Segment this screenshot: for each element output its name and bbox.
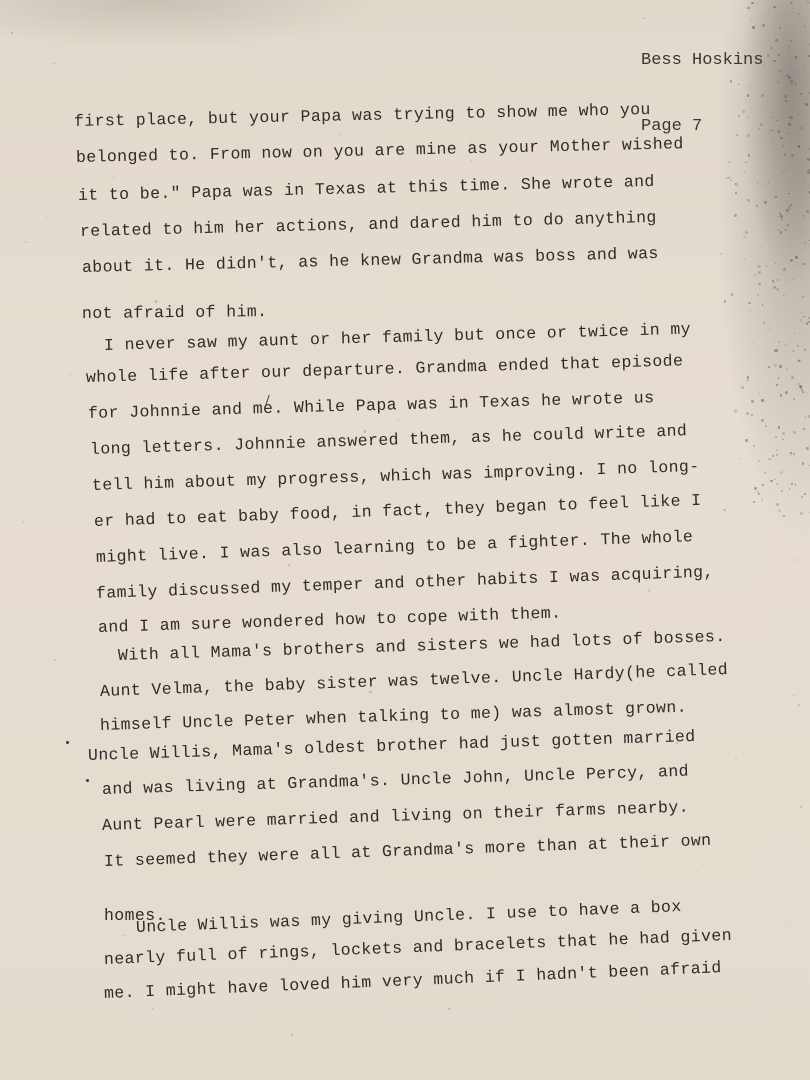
- speckle: [758, 460, 760, 462]
- speckle: [779, 292, 780, 293]
- speckle: [751, 2, 754, 5]
- speckle: [790, 80, 792, 82]
- speckle: [788, 74, 789, 75]
- speckle: [736, 134, 738, 136]
- speckle: [797, 345, 799, 347]
- speckle: [800, 93, 802, 95]
- speckle: [791, 154, 794, 157]
- speckle: [735, 758, 737, 760]
- speckle: [291, 1034, 293, 1036]
- speckle: [800, 512, 803, 515]
- speckle: [791, 483, 792, 484]
- speckle: [782, 145, 784, 147]
- speckle: [770, 47, 772, 49]
- speckle: [398, 419, 400, 421]
- speckle: [780, 215, 783, 218]
- speckle: [530, 618, 532, 620]
- speckle: [761, 94, 764, 97]
- speckle: [807, 171, 810, 174]
- speckle: [364, 430, 366, 432]
- speckle: [762, 304, 763, 305]
- speckle: [757, 182, 758, 183]
- speckle: [794, 559, 796, 561]
- speckle: [746, 379, 749, 382]
- speckle: [747, 376, 749, 378]
- speckle: [758, 493, 760, 495]
- speckle: [580, 90, 581, 91]
- speckle: [779, 27, 781, 29]
- speckle: [758, 128, 760, 130]
- speckle: [738, 115, 739, 116]
- speckle: [481, 146, 482, 147]
- speckle: [730, 80, 733, 83]
- speckle: [22, 521, 24, 523]
- speckle: [768, 328, 769, 329]
- speckle: [734, 214, 736, 216]
- margin-dot: [66, 741, 69, 744]
- speckle: [772, 148, 773, 149]
- speckle: [343, 375, 344, 376]
- speckle: [802, 296, 804, 298]
- speckle: [751, 19, 752, 20]
- speckle: [760, 123, 763, 126]
- speckle: [776, 483, 778, 485]
- speckle: [60, 831, 62, 833]
- speckle: [727, 128, 728, 129]
- speckle: [288, 564, 290, 566]
- speckle: [11, 32, 13, 34]
- speckle: [777, 279, 779, 281]
- speckle: [768, 458, 771, 461]
- speckle: [789, 116, 792, 119]
- speckle: [776, 384, 778, 386]
- speckle: [759, 392, 760, 393]
- speckle: [778, 377, 780, 379]
- speckle: [805, 416, 806, 417]
- speckle: [790, 40, 792, 42]
- speckle: [806, 447, 809, 450]
- speckle: [54, 659, 56, 661]
- speckle: [747, 7, 750, 10]
- speckle: [789, 341, 790, 342]
- speckle: [748, 154, 750, 156]
- text-line: not afraid of him.: [82, 302, 268, 323]
- speckle: [800, 127, 803, 130]
- speckle: [790, 2, 792, 4]
- speckle: [783, 295, 784, 296]
- speckle: [779, 213, 781, 215]
- speckle: [798, 145, 800, 147]
- speckle: [761, 419, 764, 422]
- speckle: [778, 216, 779, 217]
- speckle: [269, 207, 270, 208]
- speckle: [793, 398, 795, 400]
- speckle: [758, 283, 760, 285]
- speckle: [803, 428, 805, 430]
- speckle: [738, 84, 739, 85]
- speckle: [801, 496, 803, 498]
- speckle: [764, 201, 767, 204]
- speckle: [775, 436, 777, 438]
- speckle: [774, 479, 775, 480]
- speckle: [767, 54, 770, 57]
- speckle: [648, 589, 650, 591]
- speckle: [776, 120, 777, 121]
- speckle: [788, 123, 791, 126]
- speckle: [786, 209, 789, 212]
- speckle: [749, 87, 751, 89]
- speckle: [762, 24, 765, 27]
- speckle: [790, 4, 791, 5]
- speckle: [153, 701, 154, 702]
- speckle: [757, 491, 759, 493]
- speckle: [793, 695, 795, 697]
- speckle: [783, 268, 786, 271]
- speckle: [790, 452, 792, 454]
- speckle: [735, 183, 737, 185]
- speckle: [776, 288, 779, 291]
- speckle: [795, 256, 798, 259]
- speckle: [723, 509, 725, 511]
- speckle: [804, 242, 806, 244]
- speckle: [757, 265, 760, 268]
- speckle: [773, 6, 775, 8]
- speckle: [780, 394, 782, 396]
- speckle: [603, 187, 605, 189]
- speckle: [532, 548, 534, 550]
- speckle: [798, 704, 800, 706]
- speckle: [753, 501, 755, 503]
- speckle: [768, 366, 770, 368]
- speckle: [754, 487, 756, 489]
- speckle: [795, 484, 796, 485]
- speckle: [741, 386, 744, 389]
- speckle: [578, 472, 579, 473]
- speckle: [774, 364, 777, 367]
- speckle: [800, 319, 802, 321]
- speckle: [805, 103, 808, 106]
- speckle: [744, 171, 745, 172]
- speckle: [676, 742, 678, 744]
- speckle: [113, 176, 114, 177]
- speckle: [778, 426, 780, 428]
- speckle: [777, 131, 780, 134]
- author-name: Bess Hoskins: [641, 50, 763, 72]
- speckle: [804, 25, 806, 27]
- speckle: [798, 359, 800, 361]
- speckle: [781, 490, 782, 491]
- speckle: [652, 142, 654, 144]
- speckle: [751, 400, 754, 403]
- speckle: [761, 399, 764, 402]
- speckle: [788, 52, 789, 53]
- speckle: [806, 210, 809, 213]
- speckle: [784, 95, 787, 98]
- speckle: [155, 300, 157, 302]
- speckle: [471, 160, 473, 162]
- speckle: [774, 349, 777, 352]
- speckle: [783, 515, 785, 517]
- speckle: [760, 247, 761, 248]
- speckle: [338, 134, 339, 135]
- speckle: [808, 268, 809, 269]
- speckle: [337, 785, 339, 787]
- speckle: [762, 484, 764, 486]
- speckle: [795, 83, 796, 84]
- speckle: [765, 425, 767, 427]
- speckle: [369, 691, 371, 693]
- speckle: [773, 60, 775, 62]
- margin-dot: [86, 779, 89, 782]
- speckle: [788, 45, 790, 47]
- speckle: [785, 391, 788, 394]
- speckle: [799, 385, 802, 388]
- speckle: [758, 271, 760, 273]
- speckle: [808, 317, 810, 319]
- speckle: [747, 134, 750, 137]
- speckle: [782, 432, 785, 435]
- speckle: [728, 177, 729, 178]
- speckle: [804, 493, 806, 495]
- speckle: [804, 349, 806, 351]
- speckle: [770, 480, 773, 483]
- speckle: [776, 449, 778, 451]
- speckle: [772, 280, 774, 282]
- speckle: [734, 409, 737, 412]
- speckle: [752, 26, 755, 29]
- speckle: [46, 217, 47, 218]
- speckle: [747, 199, 750, 202]
- speckle: [652, 394, 653, 395]
